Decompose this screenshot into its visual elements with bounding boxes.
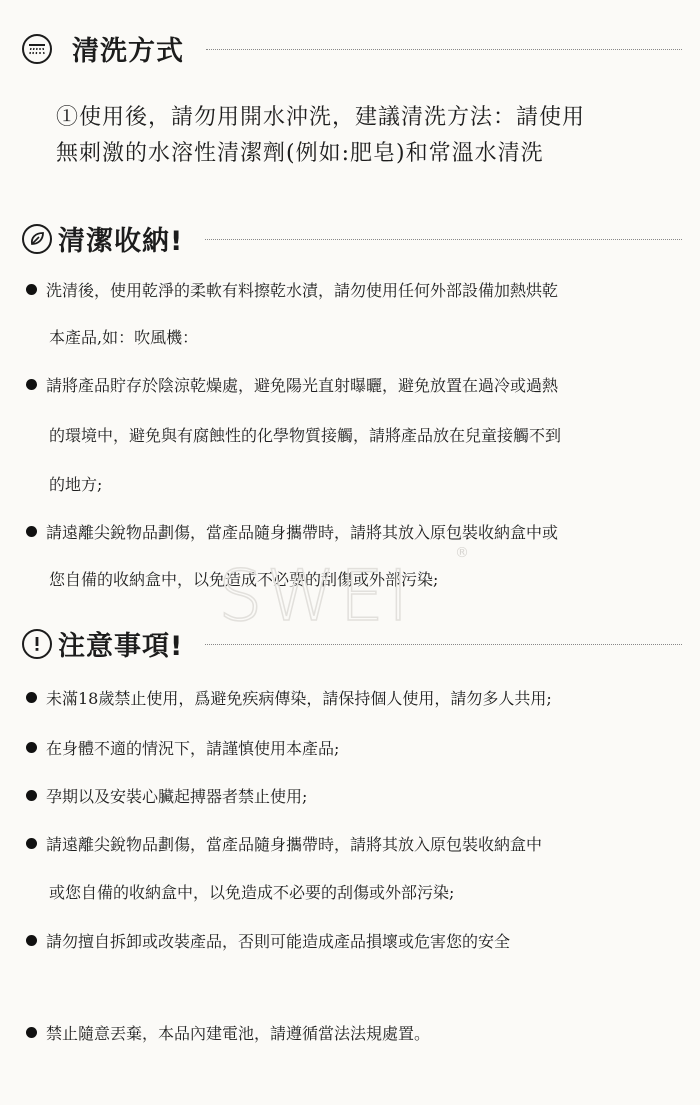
list-item: 請遠離尖銳物品劃傷，當產品隨身攜帶時，請將其放入原包裝收納盒中或: [26, 520, 558, 543]
list-item: 在身體不適的情況下，請謹慎使用本產品;: [26, 736, 339, 759]
bullet-icon: [26, 935, 37, 946]
exclamation-icon: [22, 629, 52, 659]
list-item: 請勿擅自拆卸或改裝產品，否則可能造成產品損壞或危害您的安全: [26, 929, 510, 952]
paragraph-line: ①使用後，請勿用開水沖洗，建議清洗方法：請使用: [56, 100, 676, 136]
bullet-icon: [26, 526, 37, 537]
dotted-divider: [205, 644, 682, 645]
section-title: 注意事項!: [58, 624, 183, 663]
section-title: 清潔收納!: [58, 219, 183, 258]
bullet-icon: [26, 284, 37, 295]
bullet-icon: [26, 838, 37, 849]
list-item: 請將產品貯存於陰涼乾燥處，避免陽光直射曝曬，避免放置在過冷或過熱: [26, 373, 558, 396]
list-item-continuation: 的地方;: [49, 472, 102, 495]
dotted-divider: [205, 239, 682, 240]
dotted-divider: [206, 49, 682, 50]
section-title: 清洗方式: [72, 29, 184, 68]
list-item-continuation: 本產品,如：吹風機：: [49, 325, 198, 348]
bullet-icon: [26, 790, 37, 801]
list-item-continuation: 或您自備的收納盒中，以免造成不必要的刮傷或外部污染;: [49, 880, 454, 903]
bullet-icon: [26, 692, 37, 703]
leaf-icon: [22, 224, 52, 254]
paragraph-line: 無刺激的水溶性清潔劑(例如:肥皂)和常溫水清洗: [56, 136, 676, 172]
list-item: 洗清後，使用乾淨的柔軟有料擦乾水漬，請勿使用任何外部設備加熱烘乾: [26, 278, 558, 301]
registered-mark: ®: [455, 545, 469, 561]
shower-icon: [22, 34, 52, 64]
bullet-icon: [26, 379, 37, 390]
section-heading-cleaning-method: 清洗方式: [22, 29, 682, 68]
list-item: 請遠離尖銳物品劃傷，當產品隨身攜帶時，請將其放入原包裝收納盒中: [26, 832, 542, 855]
section-heading-storage: 清潔收納!: [22, 219, 682, 258]
list-item: 孕期以及安裝心臟起搏器者禁止使用;: [26, 784, 307, 807]
list-item: 禁止隨意丟棄，本品內建電池，請遵循當法法規處置。: [26, 1021, 430, 1044]
section-heading-notes: 注意事項!: [22, 624, 682, 663]
cleaning-instructions: ①使用後，請勿用開水沖洗，建議清洗方法：請使用 無刺激的水溶性清潔劑(例如:肥皂…: [56, 100, 676, 172]
list-item-continuation: 的環境中，避免與有腐蝕性的化學物質接觸，請將產品放在兒童接觸不到: [49, 423, 561, 446]
bullet-icon: [26, 1027, 37, 1038]
list-item: 未滿18歲禁止使用，爲避免疾病傳染，請保持個人使用，請勿多人共用;: [26, 686, 552, 709]
bullet-icon: [26, 742, 37, 753]
